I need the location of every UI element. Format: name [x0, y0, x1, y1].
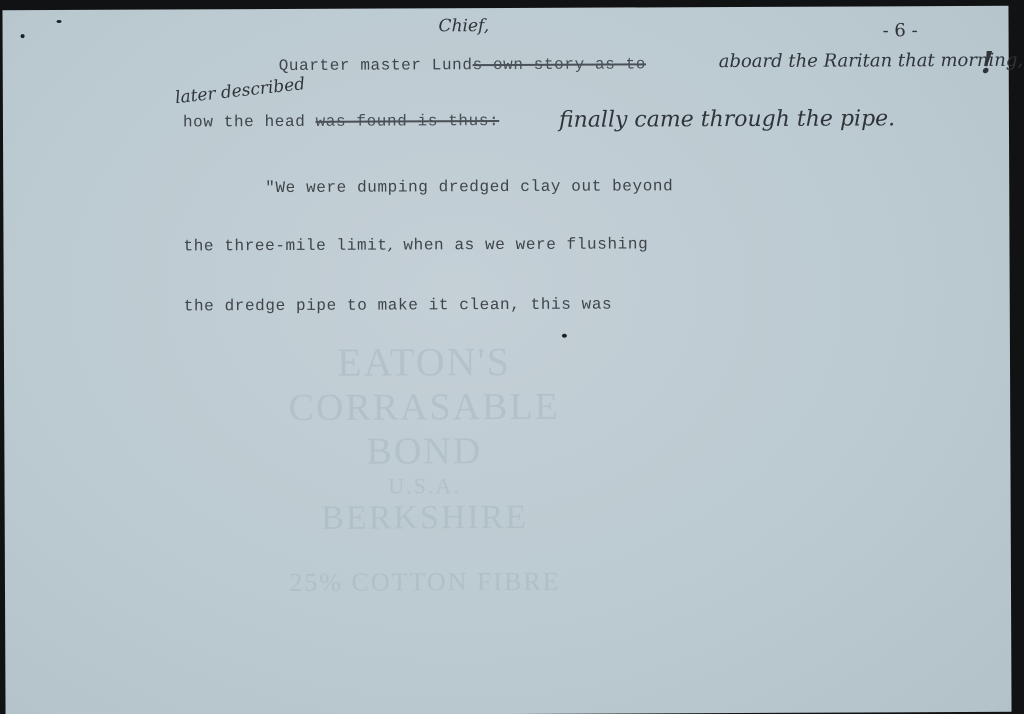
watermark-line: BOND	[234, 429, 614, 475]
watermark-line: U.S.A.	[234, 473, 614, 501]
insert-chief: Chief,	[438, 16, 489, 36]
watermark-line: 25% COTTON FIBRE	[235, 567, 615, 599]
typewritten-page: EATON'S CORRASABLE BOND U.S.A. BERKSHIRE…	[2, 6, 1011, 714]
ink-speck	[57, 20, 62, 23]
watermark-line: BERKSHIRE	[235, 499, 615, 539]
ink-speck	[21, 34, 25, 38]
paper-watermark: EATON'S CORRASABLE BOND U.S.A. BERKSHIRE…	[234, 338, 615, 599]
line-4: the three-mile limit, when as we were fl…	[183, 233, 648, 255]
line-4-insert-comma: ,	[387, 234, 393, 253]
watermark-line: CORRASABLE	[234, 385, 614, 431]
line-2-struck: was found is thus:	[316, 112, 500, 131]
line-1-typed: Quarter master Lund	[279, 56, 473, 75]
line-4-typed-after: when as we were flushing	[403, 235, 648, 254]
line-1-handwritten: aboard the Raritan that morning,	[719, 50, 1024, 72]
ink-speck	[562, 334, 567, 338]
line-1-struck: s own story as to	[473, 55, 647, 74]
line-3: "We were dumping dredged clay out beyond	[265, 177, 673, 197]
line-2-typed: how the head	[183, 113, 305, 132]
watermark-line: EATON'S	[234, 338, 614, 387]
line-1: Quarter master Lunds own story as to	[279, 55, 646, 75]
line-5: the dredge pipe to make it clean, this w…	[184, 296, 613, 316]
line-2-handwritten: finally came through the pipe.	[559, 106, 895, 132]
page-number: - 6 -	[883, 20, 918, 41]
margin-note-later-described: later described	[174, 74, 306, 108]
line-2: how the head was found is thus:	[183, 112, 499, 131]
line-4-typed-before: the three-mile limit	[183, 237, 387, 256]
